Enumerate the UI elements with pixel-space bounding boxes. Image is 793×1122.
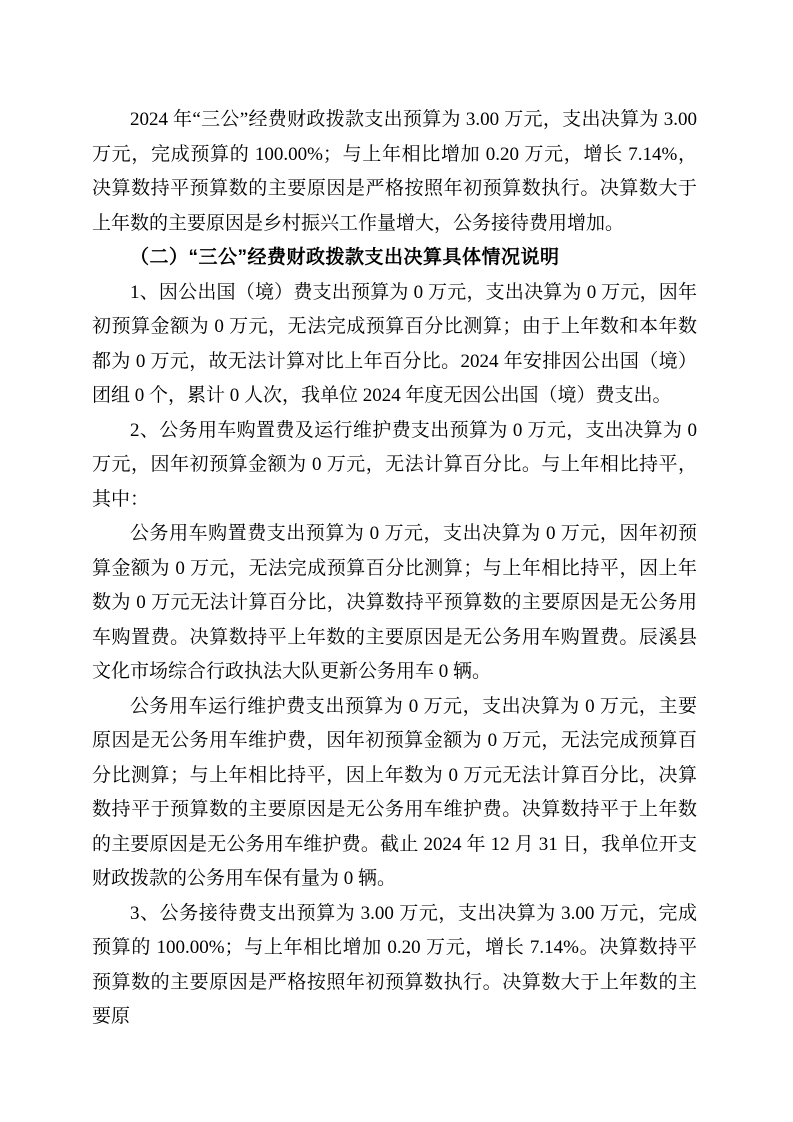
document-page: 2024 年“三公”经费财政拨款支出预算为 3.00 万元，支出决算为 3.00… xyxy=(0,0,793,1122)
paragraph-vehicle-purchase-detail: 公务用车购置费支出预算为 0 万元，支出决算为 0 万元，因年初预算金额为 0 … xyxy=(92,517,697,690)
paragraph-item3-official-reception: 3、公务接待费支出预算为 3.00 万元，支出决算为 3.00 万元，完成预算的… xyxy=(92,897,697,1035)
section-heading-three-public-detail: （二）“三公”经费财政拨款支出决算具体情况说明 xyxy=(92,241,697,276)
paragraph-item1-overseas-travel: 1、因公出国（境）费支出预算为 0 万元，支出决算为 0 万元，因年初预算金额为… xyxy=(92,276,697,414)
paragraph-item2-official-vehicles: 2、公务用车购置费及运行维护费支出预算为 0 万元，支出决算为 0 万元，因年初… xyxy=(92,414,697,518)
paragraph-vehicle-maintenance-detail: 公务用车运行维护费支出预算为 0 万元，支出决算为 0 万元，主要原因是无公务用… xyxy=(92,690,697,897)
paragraph-three-public-summary: 2024 年“三公”经费财政拨款支出预算为 3.00 万元，支出决算为 3.00… xyxy=(92,103,697,241)
